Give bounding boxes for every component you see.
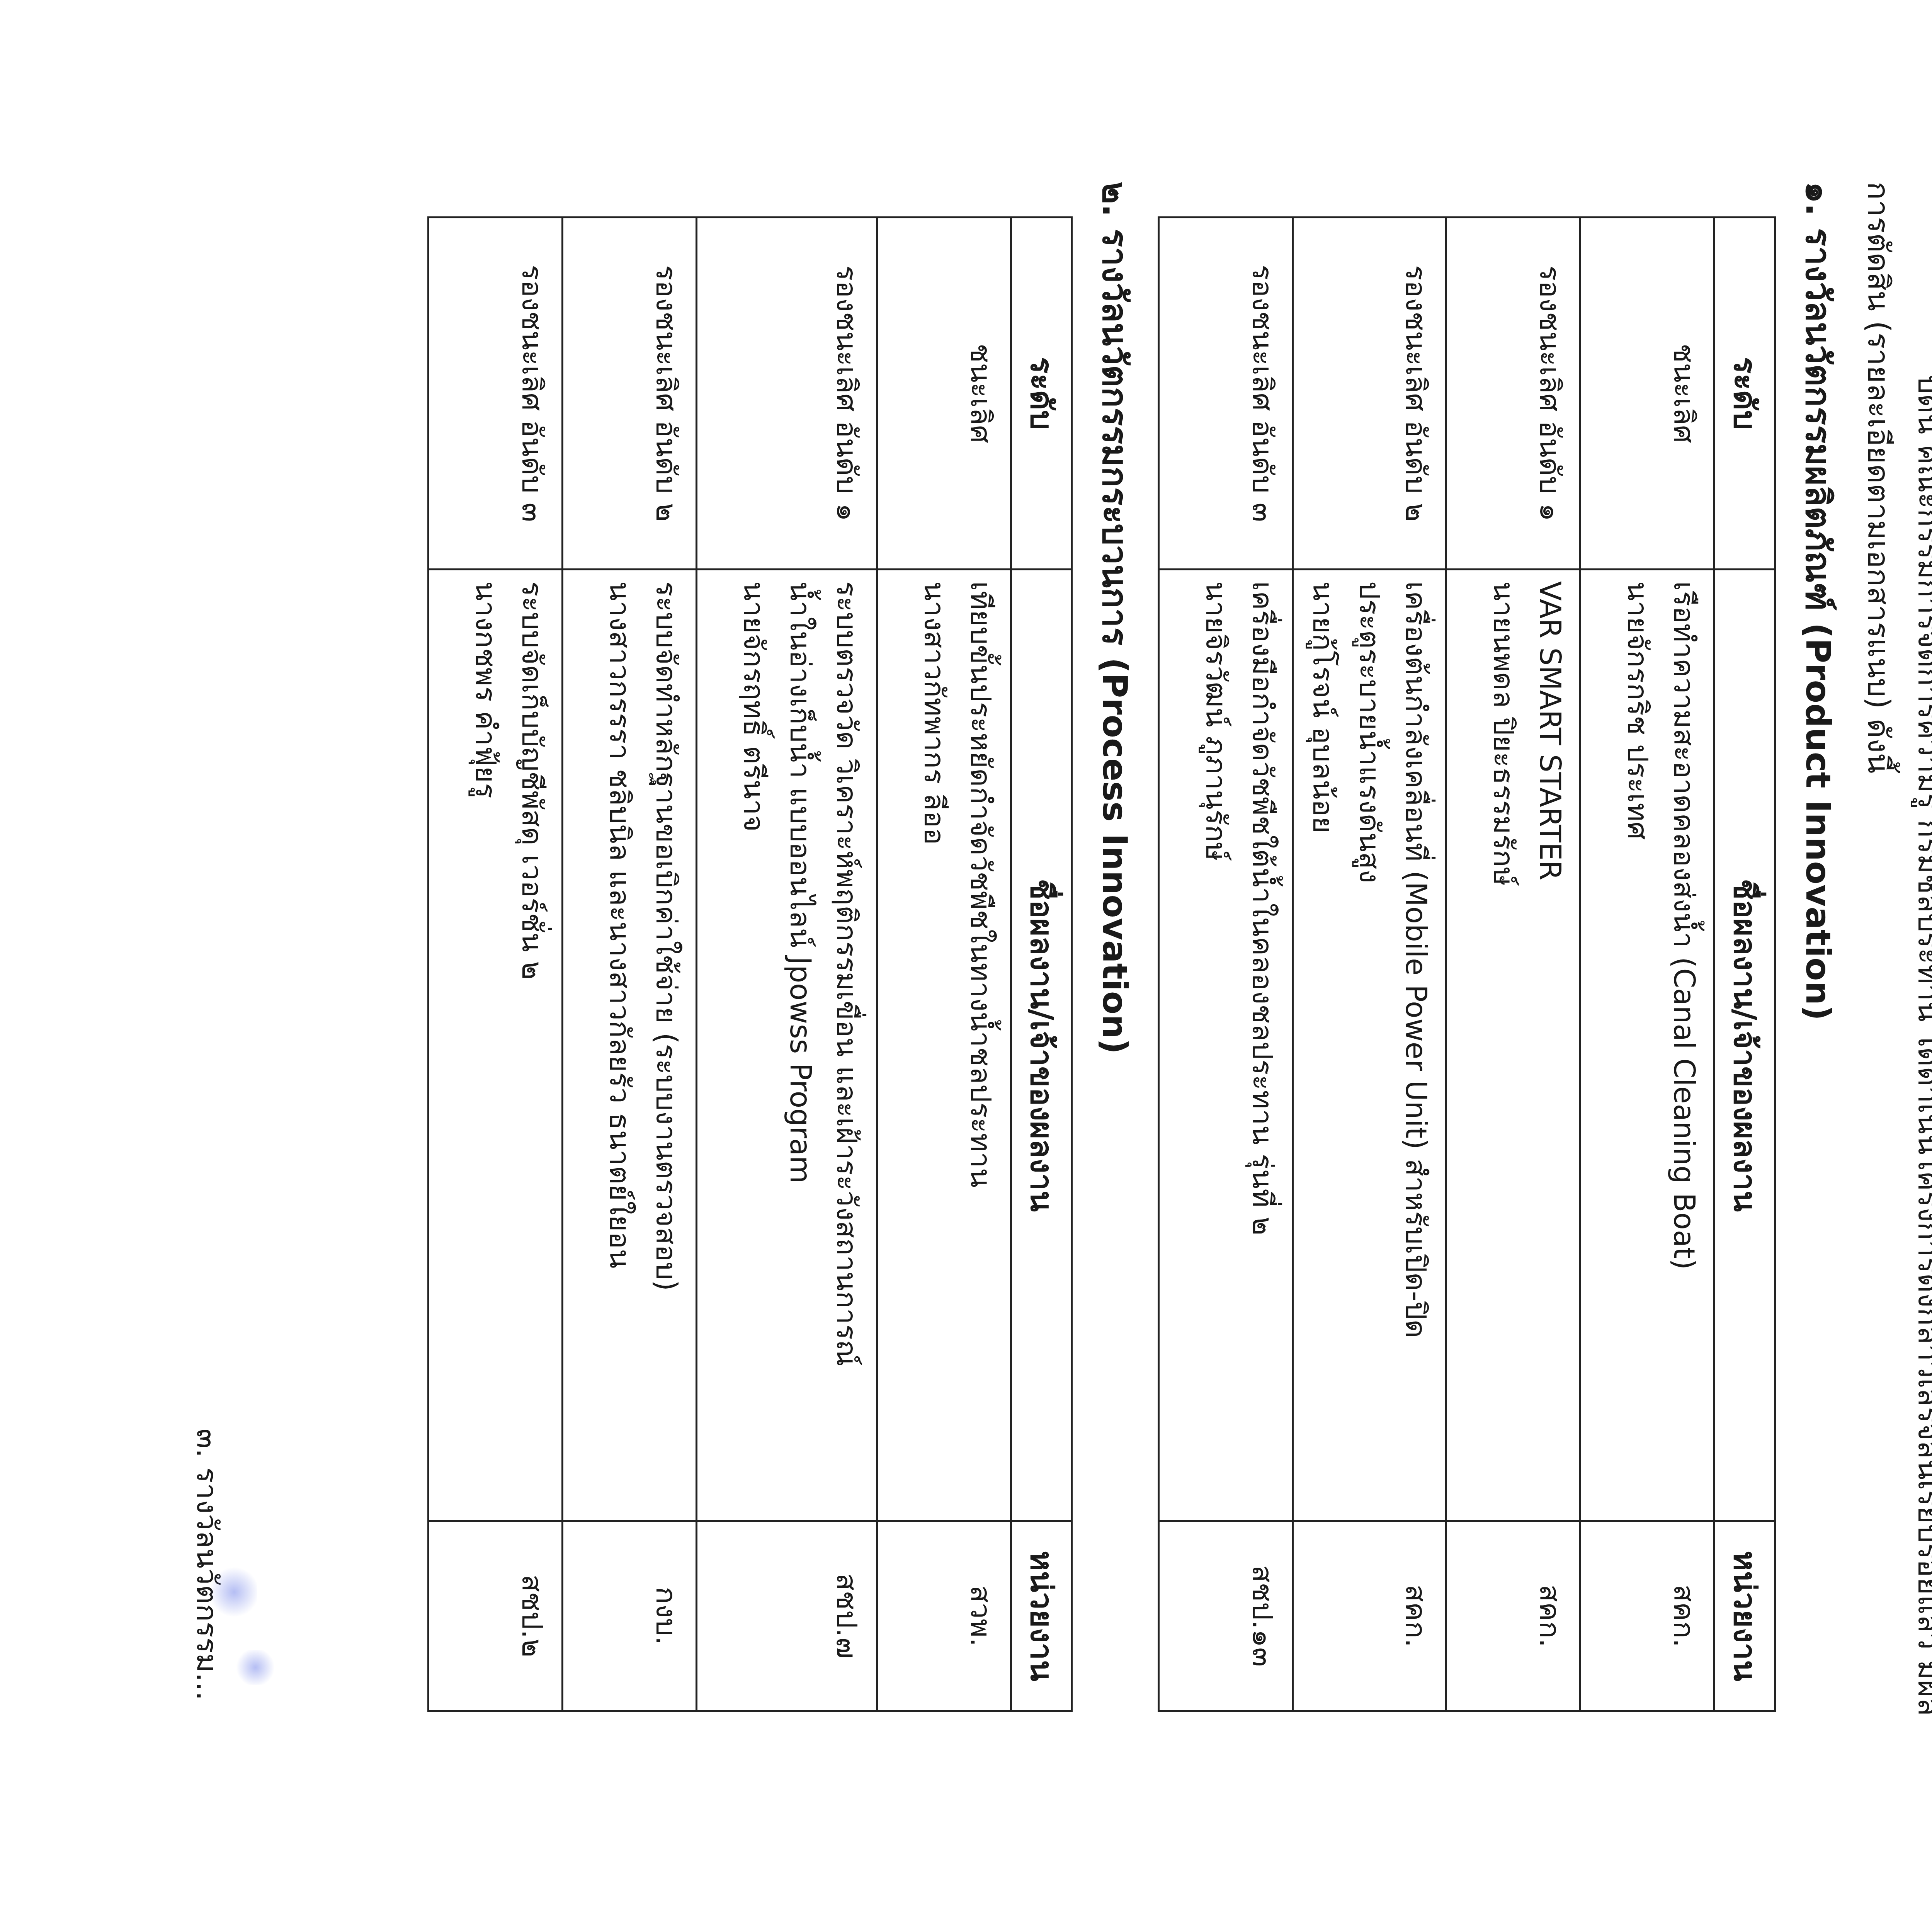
cell-level: ชนะเลิศ: [1580, 218, 1714, 570]
cell-level: รองชนะเลิศ อันดับ ๑: [697, 218, 877, 570]
ink-smudge: [234, 1650, 277, 1685]
work-line: เครื่องต้นกำลังเคลื่อนที่ (Mobile Power …: [1393, 581, 1439, 1509]
table-row: รองชนะเลิศ อันดับ ๑ระบบตรวจวัด วิเคราะห์…: [697, 218, 877, 1711]
product-innovation-table: ระดับ ชื่อผลงาน/เจ้าของผลงาน หน่วยงาน ชน…: [1158, 216, 1776, 1712]
work-line: นางกชพร คำฟุ้ยรู: [463, 581, 509, 1509]
work-line: เรือทำความสะอาดคลองส่งน้ำ (Canal Cleanin…: [1661, 581, 1707, 1509]
column-header-level: ระดับ: [1714, 218, 1775, 570]
column-header-unit: หน่วยงาน: [1714, 1521, 1775, 1711]
column-header-level: ระดับ: [1011, 218, 1072, 570]
work-line: นายกู้โรจน์ อุบลน้อย: [1300, 581, 1346, 1509]
cell-unit: สชป.๗: [697, 1521, 877, 1711]
memo-page: บันทึกข้อความ อธช. ๒๓๓๑/๖ ๒๐ เม.ย. ๖๖ ก.…: [0, 0, 1932, 1917]
table-header-row: ระดับ ชื่อผลงาน/เจ้าของผลงาน หน่วยงาน: [1011, 218, 1072, 1711]
cell-work: เทียบขั้นประหยัดกำจัดวัชพืชในทางน้ำชลประ…: [877, 570, 1011, 1521]
section-heading-product: ๑. รางวัลนวัตกรรมผลิตภัณฑ์ (Product Inno…: [1791, 182, 1845, 1021]
cell-work: เครื่องต้นกำลังเคลื่อนที่ (Mobile Power …: [1293, 570, 1446, 1521]
table-row: ชนะเลิศเรือทำความสะอาดคลองส่งน้ำ (Canal …: [1580, 218, 1714, 1711]
column-header-work: ชื่อผลงาน/เจ้าของผลงาน: [1011, 570, 1072, 1521]
work-line: นางสาวกัทพากร ลีออ: [911, 581, 957, 1509]
cell-work: ระบบตรวจวัด วิเคราะห์พฤติกรรมเขื่อน และเ…: [697, 570, 877, 1521]
table-row: รองชนะเลิศ อันดับ ๒ระบบจัดทำหลักฐานขอเบิ…: [563, 218, 697, 1711]
cell-unit: สชป.๒: [429, 1521, 563, 1711]
work-line: นายจิรวัฒน์ ภูภานุรักษ์: [1193, 581, 1239, 1509]
table-header-row: ระดับ ชื่อผลงาน/เจ้าของผลงาน หน่วยงาน: [1714, 218, 1775, 1711]
work-line: ระบบจัดเก็บบัญชีพัสดุ เวอร์ชั่น ๒: [509, 581, 555, 1509]
column-header-unit: หน่วยงาน: [1011, 1521, 1072, 1711]
cell-unit: สวพ.: [877, 1521, 1011, 1711]
cell-level: รองชนะเลิศ อันดับ ๒: [563, 218, 697, 570]
cell-work: เครื่องมือกำจัดวัชพืชใต้น้ำในคลองชลประทา…: [1159, 570, 1293, 1521]
work-line: นายนพดล ปิยะธรรมรักษ์: [1480, 581, 1527, 1509]
work-line: นางสาวกรรรา ชลิบนิล และนางสาวกัลยรัว ธนา…: [597, 581, 643, 1509]
table-row: รองชนะเลิศ อันดับ ๓ระบบจัดเก็บบัญชีพัสดุ…: [429, 218, 563, 1711]
cell-unit: สคก.: [1293, 1521, 1446, 1711]
cell-unit: สคก.: [1446, 1521, 1580, 1711]
work-line: น้ำในอ่างเก็บน้ำ แบบออนไลน์ Jpowss Progr…: [777, 581, 823, 1509]
work-line: เทียบขั้นประหยัดกำจัดวัชพืชในทางน้ำชลประ…: [957, 581, 1004, 1509]
section-heading-process: ๒. รางวัลนวัตกรรมกระบวนการ (Process Inno…: [1088, 182, 1142, 1054]
cell-level: รองชนะเลิศ อันดับ ๓: [1159, 218, 1293, 570]
cell-unit: สคก.: [1580, 1521, 1714, 1711]
work-line: เครื่องมือกำจัดวัชพืชใต้น้ำในคลองชลประทา…: [1239, 581, 1286, 1509]
work-line: VAR SMART STARTER: [1527, 581, 1573, 1509]
cell-level: รองชนะเลิศ อันดับ ๓: [429, 218, 563, 570]
cell-level: ชนะเลิศ: [877, 218, 1011, 570]
work-line: ระบบตรวจวัด วิเคราะห์พฤติกรรมเขื่อน และเ…: [823, 581, 870, 1509]
table-row: รองชนะเลิศ อันดับ ๑VAR SMART STARTERนายน…: [1446, 218, 1580, 1711]
column-header-work: ชื่อผลงาน/เจ้าของผลงาน: [1714, 570, 1775, 1521]
continuation-text: ๓. รางวัลนวัตกรรม...: [184, 1429, 230, 1701]
process-innovation-table: ระดับ ชื่อผลงาน/เจ้าของผลงาน หน่วยงาน ชน…: [427, 216, 1073, 1712]
cell-work: VAR SMART STARTERนายนพดล ปิยะธรรมรักษ์: [1446, 570, 1580, 1521]
cell-level: รองชนะเลิศ อันดับ ๑: [1446, 218, 1580, 570]
table-row: รองชนะเลิศ อันดับ ๓เครื่องมือกำจัดวัชพืช…: [1159, 218, 1293, 1711]
cell-work: เรือทำความสะอาดคลองส่งน้ำ (Canal Cleanin…: [1580, 570, 1714, 1521]
work-line: นายจักรกริช ประเทศ: [1614, 581, 1661, 1509]
work-line: นายจักรฤทธิ์ ตรีนาจ: [731, 581, 777, 1509]
cell-level: รองชนะเลิศ อันดับ ๒: [1293, 218, 1446, 570]
cell-work: ระบบจัดทำหลักฐานขอเบิกค่าใช้จ่าย (ระบบงา…: [563, 570, 697, 1521]
cell-unit: กงบ.: [563, 1521, 697, 1711]
cell-unit: สชป.๑๓: [1159, 1521, 1293, 1711]
work-line: ประตูระบายน้ำแรงดันสูง: [1346, 581, 1393, 1509]
body-paragraph: บัดนี้ คณะกรรมการจัดการความรู้ กรมชลประท…: [1853, 182, 1932, 1716]
ink-smudge: [211, 1565, 257, 1619]
cell-work: ระบบจัดเก็บบัญชีพัสดุ เวอร์ชั่น ๒นางกชพร…: [429, 570, 563, 1521]
table-row: รองชนะเลิศ อันดับ ๒เครื่องต้นกำลังเคลื่อ…: [1293, 218, 1446, 1711]
work-line: ระบบจัดทำหลักฐานขอเบิกค่าใช้จ่าย (ระบบงา…: [643, 581, 689, 1509]
table-row: ชนะเลิศเทียบขั้นประหยัดกำจัดวัชพืชในทางน…: [877, 218, 1011, 1711]
